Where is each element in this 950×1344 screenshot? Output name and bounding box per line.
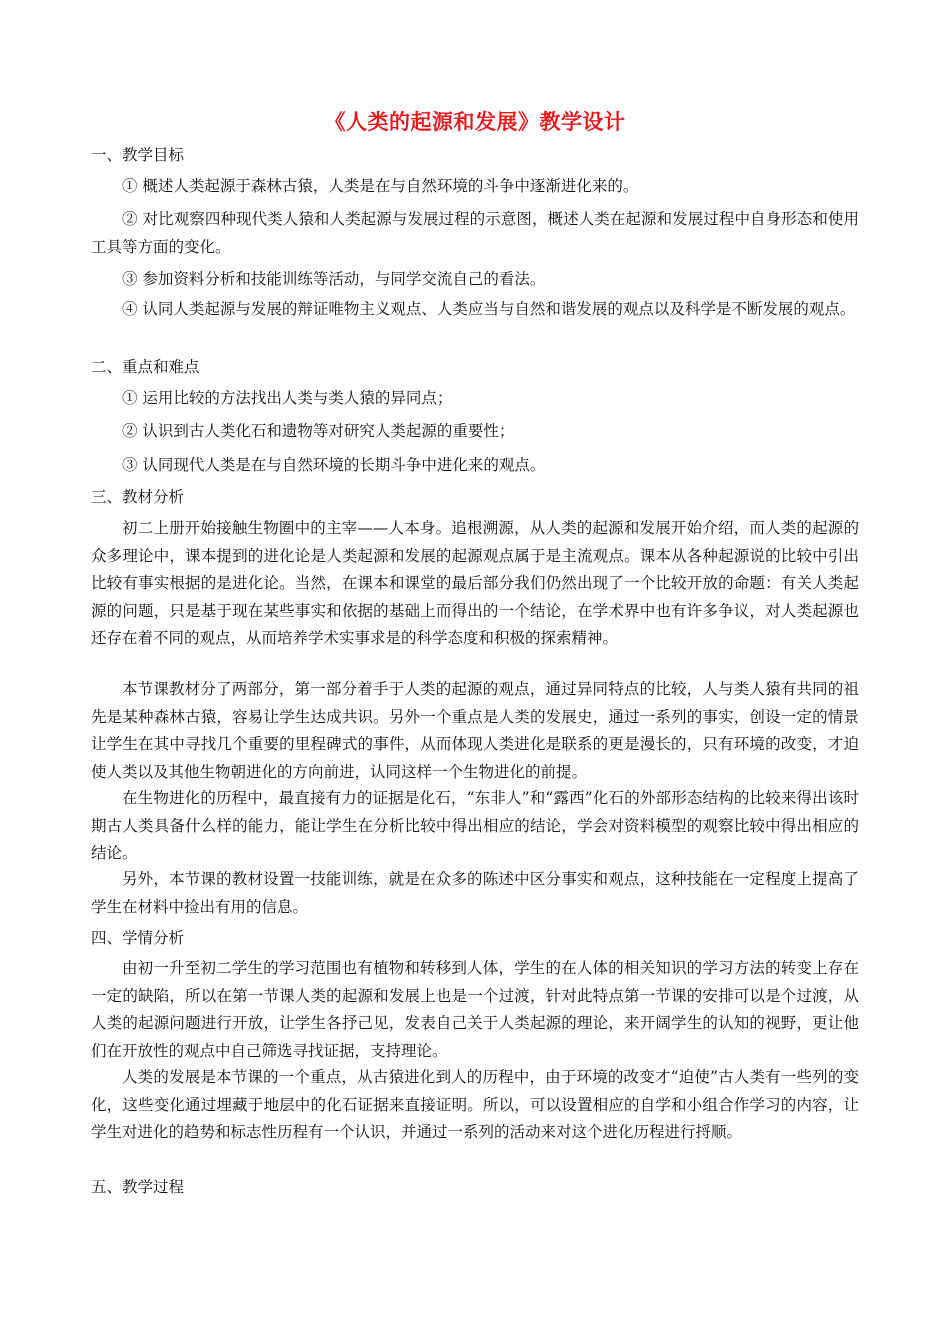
key-point-2: ② 认识到古人类化石和遗物等对研究人类起源的重要性； xyxy=(91,418,859,446)
material-analysis-para-4: 另外，本节课的教材设置一技能训练，就是在众多的陈述中区分事实和观点，这种技能在一… xyxy=(91,866,859,921)
goal-item-1: ① 概述人类起源于森林古猿，人类是在与自然环境的斗争中逐渐进化来的。 xyxy=(91,173,859,201)
section-heading-teaching-process: 五、教学过程 xyxy=(91,1177,184,1197)
material-analysis-para-1: 初二上册开始接触生物圈中的主宰——人本身。追根溯源，从人类的起源和发展开始介绍，… xyxy=(91,515,859,653)
student-analysis-para-2: 人类的发展是本节课的一个重点，从古猿进化到人的历程中，由于环境的改变才“迫使”古… xyxy=(91,1064,859,1147)
section-heading-material-analysis: 三、教材分析 xyxy=(91,487,184,507)
material-analysis-para-3: 在生物进化的历程中，最直接有力的证据是化石，“东非人”和“露西”化石的外部形态结… xyxy=(91,785,859,868)
section-heading-teaching-goals: 一、教学目标 xyxy=(91,145,184,165)
goal-item-2: ② 对比观察四种现代类人猿和人类起源与发展过程的示意图，概述人类在起源和发展过程… xyxy=(91,206,859,261)
student-analysis-para-1: 由初一升至初二学生的学习范围也有植物和转移到人体，学生的在人体的相关知识的学习方… xyxy=(91,955,859,1065)
key-point-1: ① 运用比较的方法找出人类与类人猿的异同点； xyxy=(91,385,859,413)
material-analysis-para-2: 本节课教材分了两部分，第一部分着手于人类的起源的观点，通过异同特点的比较，人与类… xyxy=(91,676,859,786)
section-heading-key-points: 二、重点和难点 xyxy=(91,357,200,377)
key-point-3: ③ 认同现代人类是在与自然环境的长期斗争中进化来的观点。 xyxy=(91,452,859,480)
section-heading-student-analysis: 四、学情分析 xyxy=(91,928,184,948)
goal-item-4: ④ 认同人类起源与发展的辩证唯物主义观点、人类应当与自然和谐发展的观点以及科学是… xyxy=(91,296,859,324)
goal-item-3: ③ 参加资料分析和技能训练等活动，与同学交流自己的看法。 xyxy=(91,266,859,294)
document-title: 《人类的起源和发展》教学设计 xyxy=(91,108,859,136)
